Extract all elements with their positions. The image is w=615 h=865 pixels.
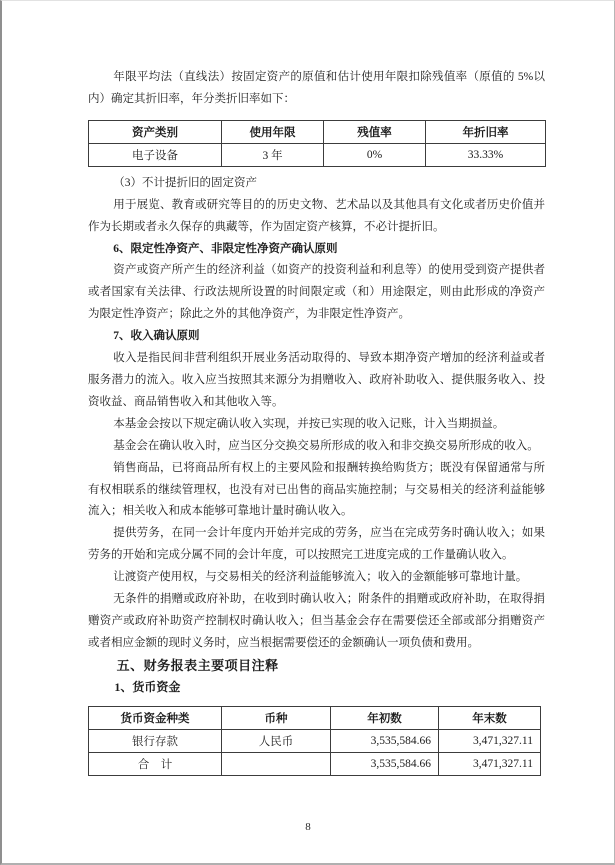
column-header-annual-rate: 年折旧率 xyxy=(426,120,546,143)
paragraph-sales-revenue: 销售商品，已将商品所有权上的主要风险和报酬转换给购货方；既没有保留通常与所有权相… xyxy=(88,458,545,524)
heading-net-assets-principle: 6、限定性净资产、非限定性净资产确认原则 xyxy=(88,239,545,261)
paragraph-depreciation-method: 年限平均法（直线法）按固定资产的原值和估计使用年限扣除残值率（原值的 5%以内）… xyxy=(88,67,545,111)
cell-currency: 人民币 xyxy=(222,729,331,752)
column-header-currency: 币种 xyxy=(222,706,331,729)
paragraph-revenue-definition: 收入是指民间非营利组织开展业务活动取得的、导致本期净资产增加的经济利益或者服务潜… xyxy=(88,348,545,414)
paragraph-services-revenue: 提供劳务，在同一会计年度内开始并完成的劳务，应当在完成劳务时确认收入；如果劳务的… xyxy=(88,523,545,567)
paragraph-net-assets: 资产或资产所产生的经济利益（如资产的投资利益和利息等）的使用受到资产提供者或者国… xyxy=(88,260,545,326)
cell-total-ending-balance: 3,471,327.11 xyxy=(439,752,541,775)
cell-beginning-balance: 3,535,584.66 xyxy=(331,729,439,752)
cell-total-beginning-balance: 3,535,584.66 xyxy=(331,752,439,775)
paragraph-revenue-recording: 本基金会按以下规定确认收入实现，并按已实现的收入记账，计入当期损益。 xyxy=(88,414,545,436)
cell-ending-balance: 3,471,327.11 xyxy=(439,729,541,752)
paragraph-donation-revenue: 无条件的捐赠或政府补助，在收到时确认收入；附条件的捐赠或政府补助，在取得捐赠资产… xyxy=(88,589,545,655)
monetary-funds-table: 货币资金种类 币种 年初数 年末数 银行存款 人民币 3,535,584.66 … xyxy=(88,706,541,776)
cell-total-label: 合 计 xyxy=(89,752,222,775)
cell-currency-empty xyxy=(222,752,331,775)
cell-annual-rate: 33.33% xyxy=(426,143,546,166)
column-header-asset-class: 资产类别 xyxy=(89,120,222,143)
column-header-beginning-balance: 年初数 xyxy=(331,706,439,729)
table-row: 电子设备 3 年 0% 33.33% xyxy=(89,143,546,166)
table-row-bank-deposit: 银行存款 人民币 3,535,584.66 3,471,327.11 xyxy=(89,729,541,752)
cell-asset-class: 电子设备 xyxy=(89,143,222,166)
column-header-ending-balance: 年末数 xyxy=(439,706,541,729)
heading-revenue-principle: 7、收入确认原则 xyxy=(88,326,545,348)
depreciation-rate-table: 资产类别 使用年限 残值率 年折旧率 电子设备 3 年 0% 33.33% xyxy=(88,120,546,167)
cell-useful-life: 3 年 xyxy=(222,143,324,166)
column-header-fund-type: 货币资金种类 xyxy=(89,706,222,729)
cell-residual-rate: 0% xyxy=(324,143,426,166)
heading-financial-statement-notes: 五、财务报表主要项目注释 xyxy=(88,655,545,677)
paragraph-revenue-distinguish: 基金会在确认收入时，应当区分交换交易所形成的收入和非交换交易所形成的收入。 xyxy=(88,436,545,458)
document-body: 年限平均法（直线法）按固定资产的原值和估计使用年限扣除残值率（原值的 5%以内）… xyxy=(88,67,545,776)
cell-fund-type: 银行存款 xyxy=(89,729,222,752)
heading-monetary-funds: 1、货币资金 xyxy=(88,677,545,699)
column-header-useful-life: 使用年限 xyxy=(222,120,324,143)
paragraph-collection-assets: 用于展览、教育或研究等目的的历史文物、艺术品以及其他具有文化或者历史价值并作为长… xyxy=(88,195,545,239)
paragraph-asset-rights-revenue: 让渡资产使用权，与交易相关的经济利益能够流入；收入的金额能够可靠地计量。 xyxy=(88,567,545,589)
page-number: 8 xyxy=(2,821,614,833)
column-header-residual-rate: 残值率 xyxy=(324,120,426,143)
heading-no-depreciation-assets: （3）不计提折旧的固定资产 xyxy=(88,173,545,195)
table-row-total: 合 计 3,535,584.66 3,471,327.11 xyxy=(89,752,541,775)
document-page: 年限平均法（直线法）按固定资产的原值和估计使用年限扣除残值率（原值的 5%以内）… xyxy=(0,0,615,865)
table-header-row: 资产类别 使用年限 残值率 年折旧率 xyxy=(89,120,546,143)
table-header-row: 货币资金种类 币种 年初数 年末数 xyxy=(89,706,541,729)
